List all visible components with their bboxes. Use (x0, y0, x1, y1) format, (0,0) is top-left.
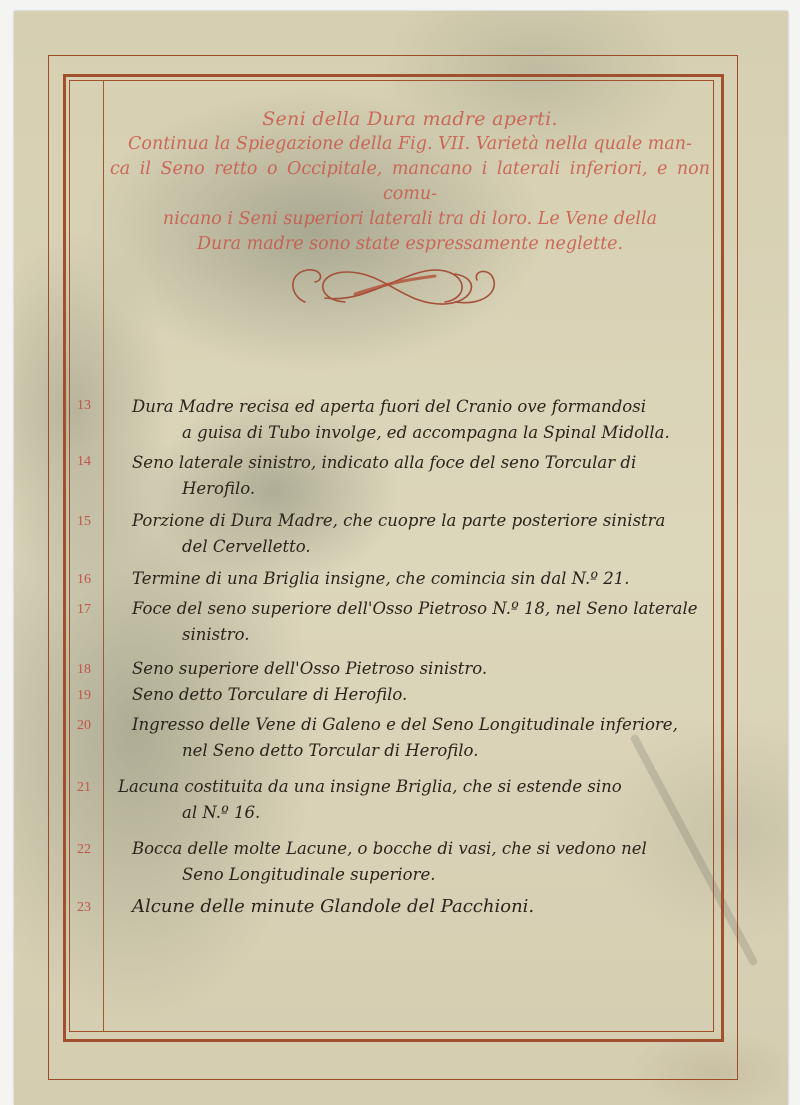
entry-text-cont: Herofilo. (66, 476, 726, 502)
entry-17: 17 Foce del seno superiore dell'Osso Pie… (66, 596, 726, 648)
entry-text-cont: Seno Longitudinale superiore. (66, 862, 726, 888)
entry-16: 16 Termine di una Briglia insigne, che c… (66, 566, 726, 592)
entry-text: Lacuna costituita da una insigne Briglia… (66, 774, 726, 800)
entry-number: 19 (66, 688, 102, 704)
heading-line: ca il Seno retto o Occipitale, mancano i… (110, 157, 710, 207)
entry-23: 23 Alcune delle minute Glandole del Pacc… (66, 892, 726, 922)
heading-paragraph: Continua la Spiegazione della Fig. VII. … (110, 132, 710, 257)
entry-text-cont: del Cervelletto. (66, 534, 726, 560)
entry-number: 16 (66, 572, 102, 588)
entry-text-cont: al N.º 16. (66, 800, 726, 826)
entry-number: 20 (66, 718, 102, 734)
entry-text-cont: a guisa di Tubo involge, ed accompagna l… (66, 420, 726, 446)
entry-text: Seno laterale sinistro, indicato alla fo… (66, 450, 726, 476)
entry-19: 19 Seno detto Torculare di Herofilo. (66, 682, 726, 708)
entry-text: Termine di una Briglia insigne, che comi… (66, 566, 726, 592)
heading-line: nicano i Seni superiori laterali tra di … (110, 207, 710, 232)
entry-text: Bocca delle molte Lacune, o bocche di va… (66, 836, 726, 862)
entry-number: 21 (66, 780, 102, 796)
entry-text: Seno detto Torculare di Herofilo. (66, 682, 726, 708)
entry-text: Foce del seno superiore dell'Osso Pietro… (66, 596, 726, 622)
entry-text: Porzione di Dura Madre, che cuopre la pa… (66, 508, 726, 534)
entry-text-cont: sinistro. (66, 622, 726, 648)
entry-text: Ingresso delle Vene di Galeno e del Seno… (66, 712, 726, 738)
entry-15: 15 Porzione di Dura Madre, che cuopre la… (66, 508, 726, 560)
entry-text: Dura Madre recisa ed aperta fuori del Cr… (66, 394, 726, 420)
entry-text-cont: nel Seno detto Torcular di Herofilo. (66, 738, 726, 764)
heading-block: Seni della Dura madre aperti. Continua l… (110, 108, 710, 257)
entry-number: 23 (66, 900, 102, 916)
entry-22: 22 Bocca delle molte Lacune, o bocche di… (66, 836, 726, 888)
entry-text: Seno superiore dell'Osso Pietroso sinist… (66, 656, 726, 682)
entry-number: 22 (66, 842, 102, 858)
heading-line: Continua la Spiegazione della Fig. VII. … (110, 132, 710, 157)
entry-text: Alcune delle minute Glandole del Pacchio… (66, 892, 726, 922)
calligraphic-flourish-ornament (285, 262, 500, 310)
entry-18: 18 Seno superiore dell'Osso Pietroso sin… (66, 656, 726, 682)
entry-number: 18 (66, 662, 102, 678)
entry-number: 15 (66, 514, 102, 530)
legend-entries: 13 Dura Madre recisa ed aperta fuori del… (66, 394, 726, 922)
entry-21: 21 Lacuna costituita da una insigne Brig… (66, 774, 726, 826)
entry-number: 14 (66, 454, 102, 470)
heading-line: Dura madre sono state espressamente negl… (110, 232, 710, 257)
entry-14: 14 Seno laterale sinistro, indicato alla… (66, 450, 726, 502)
entry-number: 13 (66, 398, 102, 414)
page-title: Seni della Dura madre aperti. (110, 108, 710, 130)
entry-20: 20 Ingresso delle Vene di Galeno e del S… (66, 712, 726, 764)
entry-13: 13 Dura Madre recisa ed aperta fuori del… (66, 394, 726, 446)
entry-number: 17 (66, 602, 102, 618)
